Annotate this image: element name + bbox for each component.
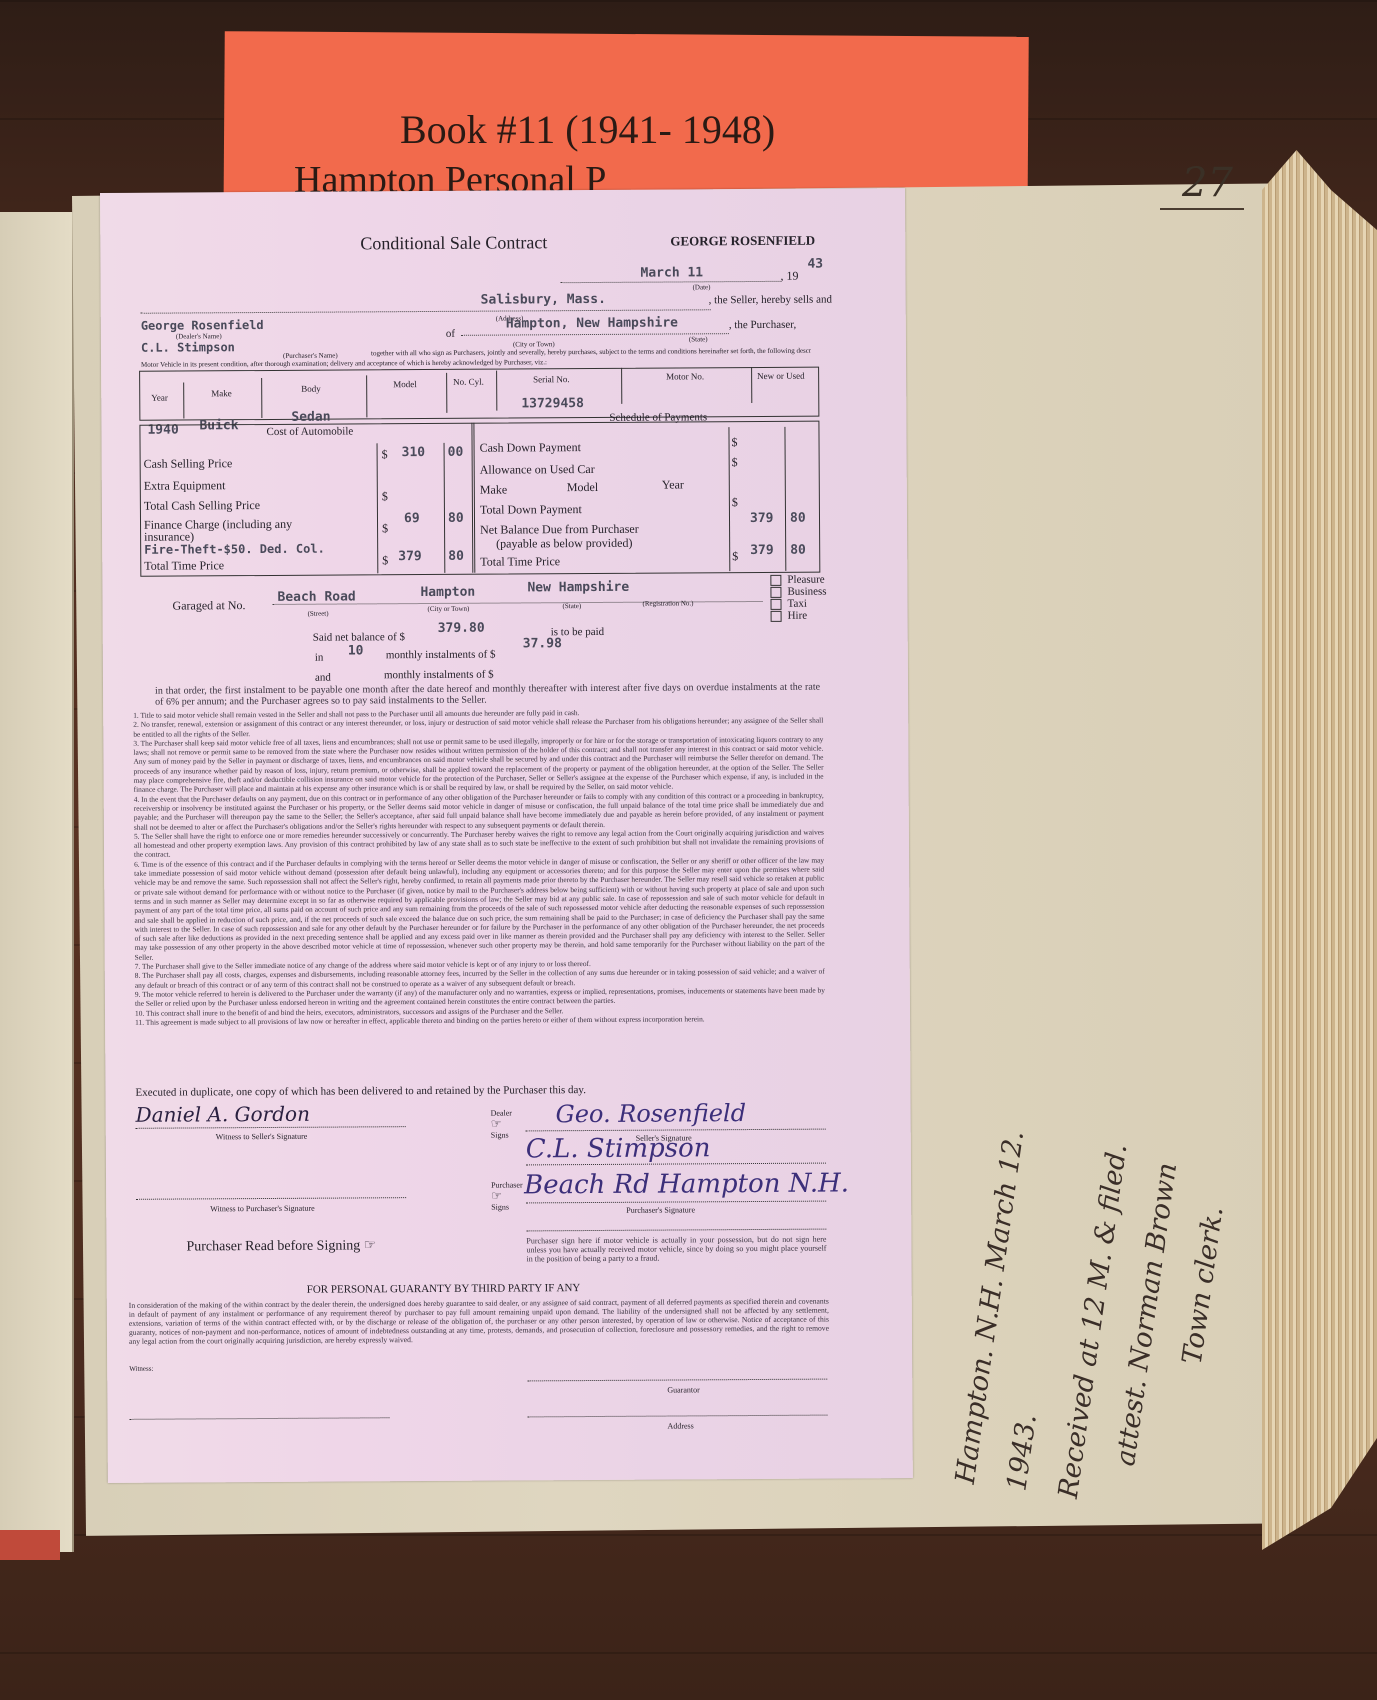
guaranty-body: In consideration of the making of the wi… [129, 1297, 829, 1346]
conditional-sale-contract: Conditional Sale Contract GEORGE ROSENFI… [100, 188, 913, 1483]
page-number: 27 [1182, 160, 1233, 206]
city-label: (City or Town) [513, 340, 555, 348]
schedule-row-label: Cash Down Payment [480, 440, 581, 456]
date-label: (Date) [693, 283, 711, 291]
of-label: of [446, 328, 455, 340]
interest-clause: in that order, the first instalment to b… [155, 682, 820, 708]
schedule-total-cents: 80 [790, 543, 806, 558]
registration-label: (Registration No.) [642, 599, 693, 607]
vehicle-body: Sedan [291, 410, 330, 425]
instalment-amount: 37.98 [523, 636, 562, 651]
schedule-total-label: Total Time Price [480, 554, 560, 569]
witness-purchaser-label: Witness to Purchaser's Signature [210, 1204, 314, 1214]
insurance-note: Fire-Theft-$50. Ded. Col. [144, 542, 325, 557]
schedule-model-label: Model [567, 480, 598, 495]
seller-address: Salisbury, Mass. [481, 292, 606, 308]
term-4: 4. In the event that the Purchaser defau… [134, 790, 824, 831]
checkbox[interactable] [770, 599, 781, 610]
schedule-title: Schedule of Payments [609, 411, 707, 424]
instalment-count: 10 [348, 643, 364, 658]
cost-row-label: Finance Charge (including any insurance) [144, 518, 304, 543]
guarantor-address-line [527, 1415, 827, 1418]
guaranty-witness-line [129, 1417, 389, 1420]
schedule-total-dollars: 379 [750, 543, 774, 558]
seller-signature: Geo. Rosenfield [556, 1099, 747, 1128]
guaranty-witness-label: Witness: [129, 1365, 153, 1373]
cost-row-label: Cash Selling Price [144, 456, 233, 472]
possession-signature-line [526, 1229, 826, 1232]
purchaser-signature-label: Purchaser's Signature [626, 1205, 695, 1214]
usage-business[interactable]: Business [770, 586, 826, 598]
usage-pleasure[interactable]: Pleasure [770, 574, 826, 586]
vehicle-header-year: Year [151, 393, 168, 403]
purchaser-city-state: Hampton, New Hampshire [506, 315, 678, 331]
seller-signature-line [526, 1129, 826, 1132]
total-time-price-cents: 80 [448, 549, 464, 564]
usage-hire[interactable]: Hire [771, 610, 827, 622]
guarantor-line [527, 1379, 827, 1382]
cost-title: Cost of Automobile [266, 425, 353, 438]
purchaser-signature: C.L. Stimpson [526, 1133, 711, 1164]
vehicle-header-make: Make [211, 388, 232, 398]
total-time-price-dollars: 379 [398, 549, 422, 564]
vehicle-table [139, 367, 819, 421]
street-label: (Street) [308, 610, 329, 618]
left-book-page [0, 212, 74, 1552]
page-number-underline [1160, 208, 1244, 210]
balance-prefix: Said net balance of $ [313, 631, 405, 644]
usage-taxi[interactable]: Taxi [770, 598, 826, 610]
date-value: March 11 [640, 265, 703, 280]
vehicle-header-motor: Motor No. [666, 371, 704, 381]
state-label: (State) [689, 335, 708, 343]
year-prefix: , 19 [780, 269, 798, 284]
pointing-hand-icon: ☞ [491, 1189, 502, 1204]
terms-list: 1. Title to said motor vehicle shall rem… [133, 707, 825, 1027]
book-cover-edge [0, 1530, 60, 1560]
city-label: (City or Town) [428, 605, 470, 613]
seller-line [141, 309, 711, 313]
schedule-make-label: Make [480, 483, 507, 498]
balance-amount: 379.80 [438, 621, 485, 636]
witness-seller-label: Witness to Seller's Signature [216, 1132, 308, 1142]
total-time-price-label: Total Time Price [144, 558, 224, 573]
read-before-signing: Purchaser Read before Signing ☞ [186, 1237, 376, 1255]
preamble-line-1: together with all who sign as Purchasers… [371, 347, 811, 358]
seller-suffix: , the Seller, hereby sells and [709, 294, 832, 307]
garage-city: Hampton [420, 585, 475, 600]
net-balance-dollars: 379 [750, 511, 774, 526]
cost-row-label: Total Cash Selling Price [144, 498, 260, 514]
garage-state: New Hampshire [527, 580, 629, 596]
purchaser-suffix: , the Purchaser, [729, 319, 796, 331]
divider [621, 368, 622, 404]
purchaser-address-signature: Beach Rd Hampton N.H. [524, 1168, 849, 1200]
contract-title: Conditional Sale Contract [360, 232, 547, 254]
monthly-label: monthly instalments of $ [386, 649, 496, 662]
witness-seller-line [136, 1126, 406, 1129]
possession-note: Purchaser sign here if motor vehicle is … [526, 1235, 826, 1264]
checkbox[interactable] [770, 575, 781, 586]
divider [751, 367, 752, 403]
guaranty-title: FOR PERSONAL GUARANTY BY THIRD PARTY IF … [307, 1282, 581, 1296]
cash-price-cents: 00 [448, 445, 464, 460]
checkbox[interactable] [771, 611, 782, 622]
net-balance-cents: 80 [790, 511, 806, 526]
term-5: 5. The Seller shall have the right to en… [134, 827, 824, 859]
monthly-label-2: monthly instalments of $ [384, 669, 494, 682]
schedule-row-label: Total Down Payment [480, 502, 582, 518]
vehicle-header-model: Model [393, 379, 417, 389]
checkbox[interactable] [770, 587, 781, 598]
pointing-hand-icon: ☞ [491, 1117, 502, 1132]
cash-price-dollars: 310 [402, 445, 426, 460]
vehicle-header-body: Body [301, 384, 321, 394]
folder-tab-title: Book #11 (1941- 1948) [400, 106, 775, 153]
schedule-year-label: Year [662, 477, 684, 492]
term-3: 3. The Purchaser shall keep said motor v… [133, 734, 823, 794]
guarantor-label: Guarantor [667, 1385, 699, 1394]
purchaser-name: C.L. Stimpson [141, 340, 235, 355]
garaged-label: Garaged at No. [172, 598, 245, 613]
cost-row-label: Extra Equipment [144, 478, 226, 493]
vehicle-header-serial: Serial No. [533, 374, 570, 384]
usage-options: Pleasure Business Taxi Hire [770, 574, 826, 622]
witness-purchaser-line [136, 1197, 406, 1200]
schedule-row-label: Allowance on Used Car [480, 462, 595, 478]
vehicle-header-cyl: No. Cyl. [453, 377, 484, 387]
state-label: (State) [563, 602, 582, 610]
purchaser-signature-line-2 [526, 1201, 826, 1204]
finance-charge-dollars: 69 [404, 511, 420, 526]
witness-seller-signature: Daniel A. Gordon [136, 1102, 310, 1127]
dealer-header: GEORGE ROSENFIELD [670, 233, 815, 250]
signs-label: Signs [491, 1131, 509, 1140]
executed-statement: Executed in duplicate, one copy of which… [135, 1084, 586, 1099]
signs-label: Signs [491, 1203, 509, 1212]
schedule-row-sublabel: (payable as below provided) [496, 536, 632, 552]
divider [183, 382, 184, 418]
year-value: 43 [807, 257, 823, 272]
date-line [561, 281, 781, 283]
dealer-name: George Rosenfield [141, 318, 264, 333]
vehicle-serial: 13729458 [521, 396, 584, 411]
and-label: and [315, 672, 331, 684]
page-edges [1262, 150, 1377, 1550]
finance-charge-cents: 80 [448, 511, 464, 526]
in-label: in [315, 652, 324, 664]
term-6: 6. Time is of the essence of this contra… [134, 855, 825, 961]
vehicle-header-new-used: New or Used [757, 371, 805, 381]
pointing-hand-icon: ☞ [364, 1238, 377, 1253]
guarantor-address-label: Address [668, 1421, 694, 1430]
